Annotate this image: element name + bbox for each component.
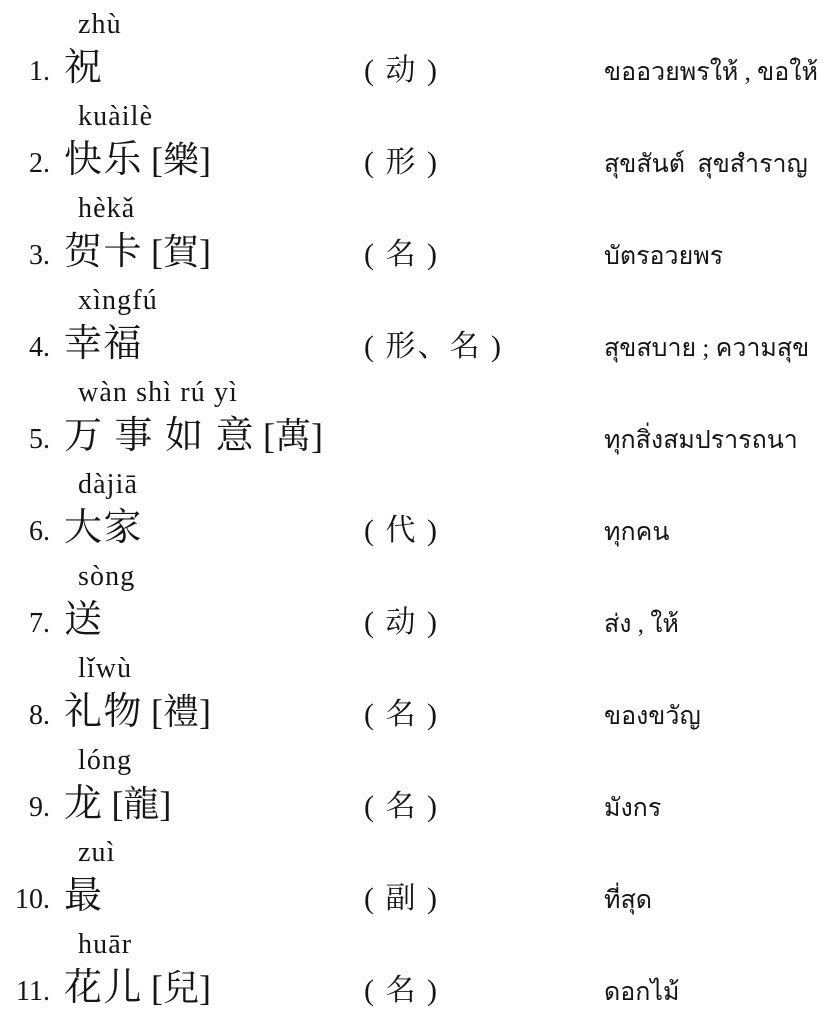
hanzi-text: 万 事 如 意	[64, 415, 255, 457]
hanzi-cell: 大家	[52, 502, 364, 562]
part-of-speech-label: ( 名 )	[364, 689, 604, 741]
traditional-character-bracket: [賀]	[151, 232, 211, 272]
vocab-entry: wàn shì rú yì 5. 万 事 如 意[萬] ทุกสิ่งสมปรา…	[4, 376, 837, 468]
pinyin-text: dàjiā	[78, 468, 837, 502]
part-of-speech-label: ( 代 )	[364, 505, 604, 557]
hanzi-cell: 花儿[兒]	[52, 962, 364, 1022]
hanzi-cell: 快乐[樂]	[52, 134, 364, 194]
entry-number: 1.	[4, 46, 52, 98]
part-of-speech-label: ( 形 )	[364, 137, 604, 189]
vocab-entry-main-line: 11. 花儿[兒] ( 名 ) ดอกไม้	[4, 962, 837, 1020]
vocab-entry: sòng 7. 送 ( 动 ) ส่ง , ให้	[4, 560, 837, 652]
hanzi-cell: 万 事 如 意[萬]	[52, 410, 364, 470]
vocab-entry-main-line: 6. 大家 ( 代 ) ทุกคน	[4, 502, 837, 560]
hanzi-text: 礼物	[64, 691, 143, 733]
vocab-page: zhù 1. 祝 ( 动 ) ขออวยพรให้ , ขอให้ kuàilè…	[0, 0, 837, 1024]
thai-translation: ที่สุด	[604, 875, 837, 927]
pinyin-text: sòng	[78, 560, 837, 594]
vocab-entry: kuàilè 2. 快乐[樂] ( 形 ) สุขสันต์ สุขสำราญ	[4, 100, 837, 192]
traditional-character-bracket: [兒]	[151, 968, 211, 1008]
thai-translation: ขออวยพรให้ , ขอให้	[604, 47, 837, 99]
part-of-speech-label: ( 动 )	[364, 45, 604, 97]
hanzi-text: 快乐	[64, 139, 143, 181]
vocab-entry-main-line: 2. 快乐[樂] ( 形 ) สุขสันต์ สุขสำราญ	[4, 134, 837, 192]
entry-number: 9.	[4, 782, 52, 834]
vocab-entry: lǐwù 8. 礼物[禮] ( 名 ) ของขวัญ	[4, 652, 837, 744]
entry-number: 6.	[4, 506, 52, 558]
vocab-entry: zuì 10. 最 ( 副 ) ที่สุด	[4, 836, 837, 928]
thai-translation: สุขสันต์ สุขสำราญ	[604, 139, 837, 191]
vocab-entry: dàjiā 6. 大家 ( 代 ) ทุกคน	[4, 468, 837, 560]
thai-translation: ดอกไม้	[604, 967, 837, 1019]
vocab-list: zhù 1. 祝 ( 动 ) ขออวยพรให้ , ขอให้ kuàilè…	[4, 8, 837, 1020]
hanzi-cell: 幸福	[52, 318, 364, 378]
hanzi-text: 龙	[64, 783, 104, 825]
vocab-entry: zhù 1. 祝 ( 动 ) ขออวยพรให้ , ขอให้	[4, 8, 837, 100]
pinyin-text: hèkǎ	[78, 192, 837, 226]
part-of-speech-label: ( 副 )	[364, 873, 604, 925]
vocab-entry: hèkǎ 3. 贺卡[賀] ( 名 ) บัตรอวยพร	[4, 192, 837, 284]
pinyin-text: wàn shì rú yì	[78, 376, 837, 410]
traditional-character-bracket: [龍]	[111, 784, 171, 824]
entry-number: 11.	[4, 966, 52, 1018]
thai-translation: สุขสบาย ; ความสุข	[604, 323, 837, 375]
entry-number: 5.	[4, 414, 52, 466]
hanzi-cell: 送	[52, 594, 364, 654]
hanzi-cell: 最	[52, 870, 364, 930]
vocab-entry-main-line: 8. 礼物[禮] ( 名 ) ของขวัญ	[4, 686, 837, 744]
thai-translation: มังกร	[604, 783, 837, 835]
pinyin-text: zhù	[78, 8, 837, 42]
vocab-entry-main-line: 7. 送 ( 动 ) ส่ง , ให้	[4, 594, 837, 652]
vocab-entry-main-line: 5. 万 事 如 意[萬] ทุกสิ่งสมปรารถนา	[4, 410, 837, 468]
vocab-entry: xìngfú 4. 幸福 ( 形、名 ) สุขสบาย ; ความสุข	[4, 284, 837, 376]
pinyin-text: lǐwù	[78, 652, 837, 686]
thai-translation: บัตรอวยพร	[604, 231, 837, 283]
part-of-speech-label: ( 动 )	[364, 597, 604, 649]
vocab-entry-main-line: 9. 龙[龍] ( 名 ) มังกร	[4, 778, 837, 836]
hanzi-text: 祝	[64, 47, 104, 89]
hanzi-text: 花儿	[64, 967, 143, 1009]
thai-translation: ทุกสิ่งสมปรารถนา	[604, 415, 837, 467]
thai-translation: ส่ง , ให้	[604, 599, 837, 651]
entry-number: 10.	[4, 874, 52, 926]
traditional-character-bracket: [萬]	[263, 416, 323, 456]
hanzi-text: 大家	[64, 507, 143, 549]
vocab-entry-main-line: 10. 最 ( 副 ) ที่สุด	[4, 870, 837, 928]
hanzi-cell: 龙[龍]	[52, 778, 364, 838]
vocab-entry-main-line: 3. 贺卡[賀] ( 名 ) บัตรอวยพร	[4, 226, 837, 284]
hanzi-text: 最	[64, 875, 104, 917]
hanzi-cell: 贺卡[賀]	[52, 226, 364, 286]
hanzi-text: 贺卡	[64, 231, 143, 273]
entry-number: 2.	[4, 138, 52, 190]
hanzi-cell: 礼物[禮]	[52, 686, 364, 746]
pinyin-text: kuàilè	[78, 100, 837, 134]
thai-translation: ของขวัญ	[604, 691, 837, 743]
pinyin-text: huār	[78, 928, 837, 962]
entry-number: 3.	[4, 230, 52, 282]
entry-number: 4.	[4, 322, 52, 374]
vocab-entry-main-line: 4. 幸福 ( 形、名 ) สุขสบาย ; ความสุข	[4, 318, 837, 376]
pinyin-text: xìngfú	[78, 284, 837, 318]
entry-number: 7.	[4, 598, 52, 650]
entry-number: 8.	[4, 690, 52, 742]
vocab-entry-main-line: 1. 祝 ( 动 ) ขออวยพรให้ , ขอให้	[4, 42, 837, 100]
pinyin-text: zuì	[78, 836, 837, 870]
thai-translation: ทุกคน	[604, 507, 837, 559]
vocab-entry: huār 11. 花儿[兒] ( 名 ) ดอกไม้	[4, 928, 837, 1020]
part-of-speech-label: ( 名 )	[364, 781, 604, 833]
vocab-entry: lóng 9. 龙[龍] ( 名 ) มังกร	[4, 744, 837, 836]
part-of-speech-label: ( 名 )	[364, 965, 604, 1017]
traditional-character-bracket: [樂]	[151, 140, 211, 180]
part-of-speech-label: ( 名 )	[364, 229, 604, 281]
hanzi-text: 送	[64, 599, 104, 641]
hanzi-cell: 祝	[52, 42, 364, 102]
part-of-speech-label: ( 形、名 )	[364, 321, 604, 373]
hanzi-text: 幸福	[64, 323, 143, 365]
traditional-character-bracket: [禮]	[151, 692, 211, 732]
pinyin-text: lóng	[78, 744, 837, 778]
